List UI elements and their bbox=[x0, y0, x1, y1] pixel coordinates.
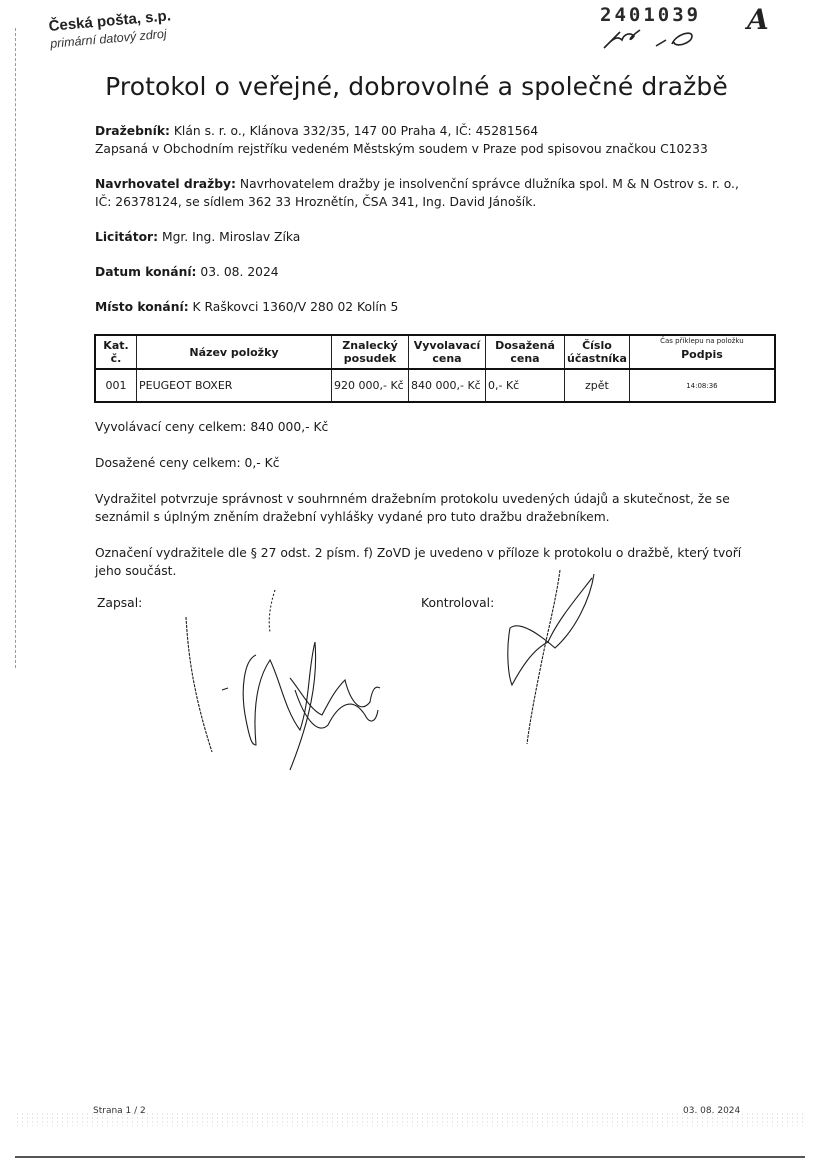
header-achieved-price: Dosažená cena bbox=[486, 335, 565, 369]
header-participant: Číslo účastníka bbox=[565, 335, 630, 369]
proposer-label: Navrhovatel dražby: bbox=[95, 177, 236, 191]
auction-details: Dražebník: Klán s. r. o., Klánova 332/35… bbox=[95, 122, 745, 316]
recorded-by-signature bbox=[186, 590, 380, 770]
date-section: Datum konání: 03. 08. 2024 bbox=[95, 263, 745, 281]
header-start-line1: Vyvolavací bbox=[414, 339, 481, 352]
cell-hammer-time: 14:08:36 bbox=[629, 369, 775, 402]
cell-expert: 920 000,- Kč bbox=[332, 369, 409, 402]
scan-edge-mark bbox=[15, 28, 16, 668]
header-expert-line1: Znalecký bbox=[342, 339, 397, 352]
licitator-section: Licitátor: Mgr. Ing. Miroslav Zíka bbox=[95, 228, 745, 246]
designation-statement: Označení vydražitele dle § 27 odst. 2 pí… bbox=[95, 544, 745, 580]
place-section: Místo konání: K Raškovci 1360/V 280 02 K… bbox=[95, 298, 745, 316]
header-signature: Čas příklepu na položku Podpis bbox=[629, 335, 775, 369]
auctioneer-value: Klán s. r. o., Klánova 332/35, 147 00 Pr… bbox=[174, 124, 538, 138]
items-table: Kat. č. Název položky Znalecký posudek V… bbox=[94, 334, 776, 403]
licitator-label: Licitátor: bbox=[95, 230, 158, 244]
auctioneer-section: Dražebník: Klán s. r. o., Klánova 332/35… bbox=[95, 122, 745, 158]
checked-by-label: Kontroloval: bbox=[421, 596, 494, 610]
page-number: Strana 1 / 2 bbox=[93, 1106, 146, 1116]
date-label: Datum konání: bbox=[95, 265, 196, 279]
header-signature-label: Podpis bbox=[681, 348, 723, 361]
header-expert: Znalecký posudek bbox=[332, 335, 409, 369]
header-hammer-time: Čas příklepu na položku bbox=[632, 337, 772, 346]
header-achieved-line2: cena bbox=[510, 352, 539, 365]
auctioneer-label: Dražebník: bbox=[95, 124, 170, 138]
cell-start: 840 000,- Kč bbox=[409, 369, 486, 402]
table-row: 001 PEUGEOT BOXER 920 000,- Kč 840 000,-… bbox=[95, 369, 775, 402]
place-value: K Raškovci 1360/V 280 02 Kolín 5 bbox=[193, 300, 399, 314]
reference-letter: A bbox=[747, 3, 769, 36]
auctioneer-registration: Zapsaná v Obchodním rejstříku vedeném Mě… bbox=[95, 142, 708, 156]
cell-participant: zpět bbox=[565, 369, 630, 402]
header-kat: Kat. č. bbox=[95, 335, 137, 369]
proposer-section: Navrhovatel dražby: Navrhovatelem dražby… bbox=[95, 175, 745, 211]
handwritten-initials-icon bbox=[600, 22, 740, 54]
header-start-line2: cena bbox=[432, 352, 461, 365]
header-participant-line2: účastníka bbox=[567, 352, 627, 365]
date-value: 03. 08. 2024 bbox=[200, 265, 278, 279]
footer-divider bbox=[15, 1156, 805, 1158]
totals-section: Vyvolávací ceny celkem: 840 000,- Kč Dos… bbox=[95, 418, 745, 580]
cell-kat: 001 bbox=[95, 369, 137, 402]
place-label: Místo konání: bbox=[95, 300, 189, 314]
start-price-total: Vyvolávací ceny celkem: 840 000,- Kč bbox=[95, 418, 745, 436]
postal-stamp: Česká pošta, s.p. primární datový zdroj bbox=[48, 7, 173, 51]
header-achieved-line1: Dosažená bbox=[495, 339, 555, 352]
header-start-price: Vyvolavací cena bbox=[409, 335, 486, 369]
cell-name: PEUGEOT BOXER bbox=[137, 369, 332, 402]
header-participant-line1: Číslo bbox=[582, 339, 612, 352]
header-name: Název položky bbox=[137, 335, 332, 369]
achieved-price-total: Dosažené ceny celkem: 0,- Kč bbox=[95, 454, 745, 472]
checked-by-signature bbox=[508, 570, 594, 744]
licitator-value: Mgr. Ing. Miroslav Zíka bbox=[162, 230, 300, 244]
footer-date: 03. 08. 2024 bbox=[683, 1106, 740, 1116]
header-expert-line2: posudek bbox=[344, 352, 396, 365]
recorded-by-label: Zapsal: bbox=[97, 596, 142, 610]
document-title: Protokol o veřejné, dobrovolné a společn… bbox=[0, 72, 819, 101]
cell-achieved: 0,- Kč bbox=[486, 369, 565, 402]
confirmation-statement: Vydražitel potvrzuje správnost v souhrnn… bbox=[95, 490, 745, 526]
table-header-row: Kat. č. Název položky Znalecký posudek V… bbox=[95, 335, 775, 369]
